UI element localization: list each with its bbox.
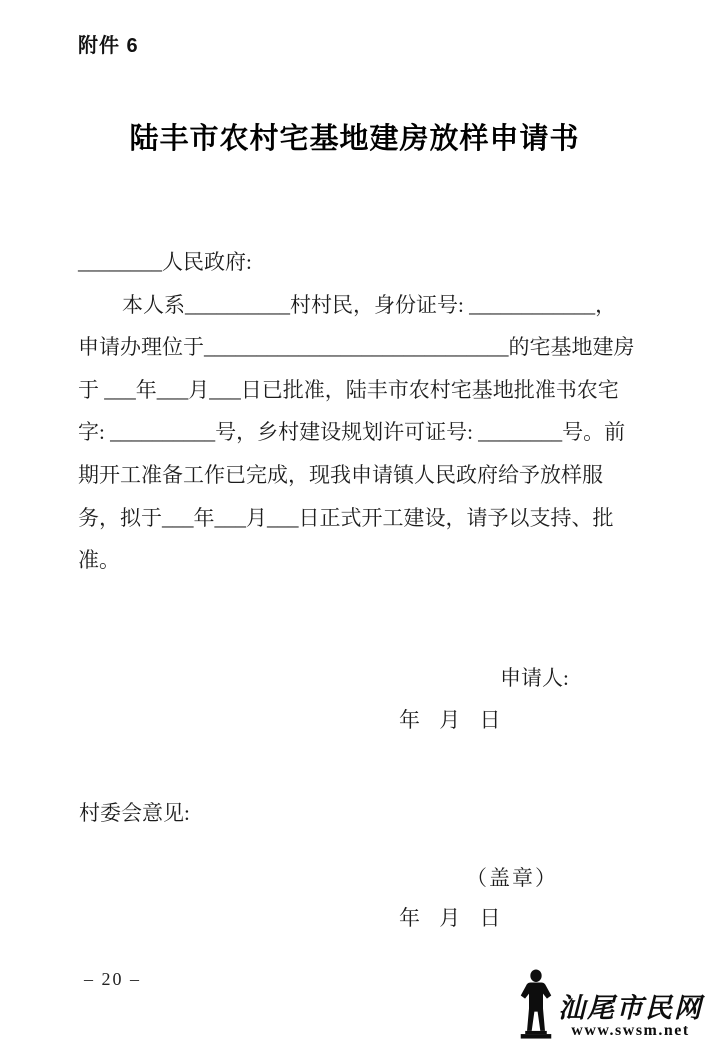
body-line-4: 字: __________号，乡村建设规划许可证号: ________号。前 (78, 411, 644, 454)
applicant-date-line: 年 月 日 (399, 704, 501, 734)
page-number: – 20 – (84, 969, 141, 990)
body-line-3: 于 ___年___月___日已批准，陆丰市农村宅基地批准书农宅 (78, 369, 644, 412)
watermark-logo: 汕尾市民网 www.swsm.net (516, 969, 703, 1039)
committee-opinion-label: 村委会意见: (79, 797, 190, 827)
salutation-line: ________人民政府: (78, 241, 644, 284)
application-form-page: 附件 6 陆丰市农村宅基地建房放样申请书 ________人民政府: 本人系__… (0, 0, 709, 1041)
seal-label: （盖章） (466, 862, 558, 892)
watermark-site-name: 汕尾市民网 (558, 993, 703, 1023)
committee-date-line: 年 月 日 (399, 902, 501, 932)
body-line-6: 务，拟于___年___月___日正式开工建设，请予以支持、批 (78, 497, 644, 540)
watermark-site-url: www.swsm.net (571, 1023, 689, 1039)
form-body: ________人民政府: 本人系__________村村民，身份证号: ___… (78, 241, 644, 582)
applicant-label: 申请人: (500, 662, 569, 692)
body-line-2: 申请办理位于_____________________________的宅基地建… (78, 326, 644, 369)
body-line-1: 本人系__________村村民，身份证号: ____________， (78, 284, 644, 327)
watermark-text: 汕尾市民网 www.swsm.net (558, 993, 703, 1039)
body-line-5: 期开工准备工作已完成，现我申请镇人民政府给予放样服 (78, 454, 644, 497)
body-line-7: 准。 (78, 539, 644, 582)
attachment-label: 附件 6 (78, 29, 139, 58)
page-title: 陆丰市农村宅基地建房放样申请书 (0, 116, 709, 157)
standing-person-silhouette-icon (516, 969, 556, 1039)
